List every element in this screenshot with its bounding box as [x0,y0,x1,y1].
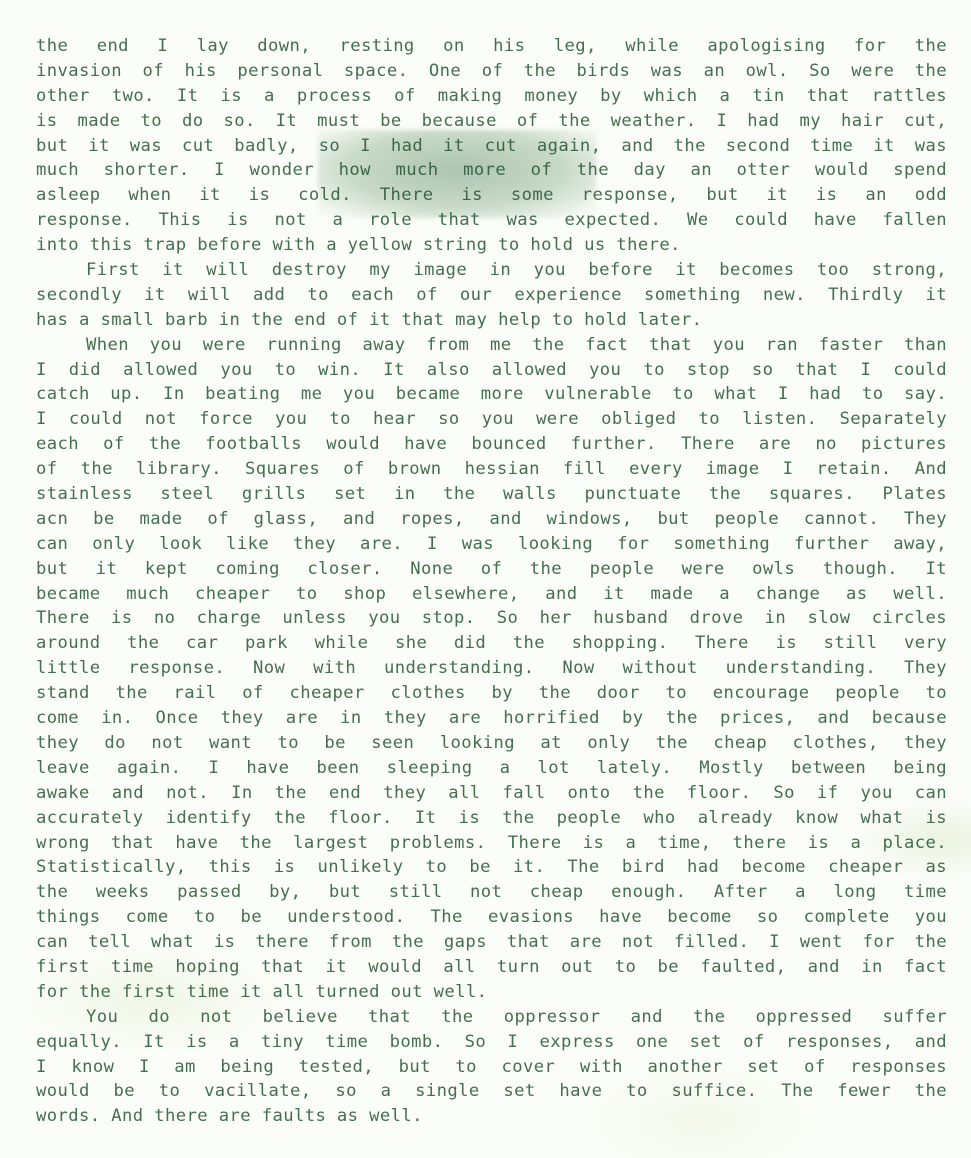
text-line: equally. It is a tiny time bomb. So I ex… [36,1030,947,1055]
text-line: but it kept coming closer. None of the p… [36,557,947,582]
text-line: leave again. I have been sleeping a lot … [36,756,947,781]
paragraph: When you were running away from me the f… [36,333,947,1005]
text-line: into this trap before with a yellow stri… [36,233,947,258]
text-line: wrong that have the largest problems. Th… [36,831,947,856]
text-line: Statistically, this is unlikely to be it… [36,855,947,880]
text-line: acn be made of glass, and ropes, and win… [36,507,947,532]
text-line: words. And there are faults as well. [36,1104,947,1129]
text-line: of the library. Squares of brown hessian… [36,457,947,482]
text-line: little response. Now with understanding.… [36,656,947,681]
typed-page-text: the end I lay down, resting on his leg, … [36,34,947,1129]
text-line: first time hoping that it would all turn… [36,955,947,980]
text-line: When you were running away from me the f… [36,333,947,358]
text-line: You do not believe that the oppressor an… [36,1005,947,1030]
text-line: things come to be understood. The evasio… [36,905,947,930]
text-line: catch up. In beating me you became more … [36,382,947,407]
text-line: became much cheaper to shop elsewhere, a… [36,582,947,607]
text-line: stainless steel grills set in the walls … [36,482,947,507]
text-line: secondly it will add to each of our expe… [36,283,947,308]
text-line: they do not want to be seen looking at o… [36,731,947,756]
text-line: I could not force you to hear so you wer… [36,407,947,432]
text-line: around the car park while she did the sh… [36,631,947,656]
text-line: First it will destroy my image in you be… [36,258,947,283]
text-line: can tell what is there from the gaps tha… [36,930,947,955]
text-line: the end I lay down, resting on his leg, … [36,34,947,59]
text-line: awake and not. In the end they all fall … [36,781,947,806]
text-line: other two. It is a process of making mon… [36,84,947,109]
text-line: can only look like they are. I was looki… [36,532,947,557]
text-line: come in. Once they are in they are horri… [36,706,947,731]
text-line: asleep when it is cold. There is some re… [36,183,947,208]
text-line: would be to vacillate, so a single set h… [36,1079,947,1104]
text-line: but it was cut badly, so I had it cut ag… [36,134,947,159]
text-line: There is no charge unless you stop. So h… [36,606,947,631]
text-line: for the first time it all turned out wel… [36,980,947,1005]
paragraph: First it will destroy my image in you be… [36,258,947,333]
text-line: the weeks passed by, but still not cheap… [36,880,947,905]
paragraph: the end I lay down, resting on his leg, … [36,34,947,258]
text-line: stand the rail of cheaper clothes by the… [36,681,947,706]
text-line: I did allowed you to win. It also allowe… [36,358,947,383]
text-line: I know I am being tested, but to cover w… [36,1055,947,1080]
text-line: is made to do so. It must be because of … [36,109,947,134]
text-line: accurately identify the floor. It is the… [36,806,947,831]
text-line: much shorter. I wonder how much more of … [36,158,947,183]
text-line: response. This is not a role that was ex… [36,208,947,233]
text-line: each of the footballs would have bounced… [36,432,947,457]
paragraph: You do not believe that the oppressor an… [36,1005,947,1129]
text-line: invasion of his personal space. One of t… [36,59,947,84]
text-line: has a small barb in the end of it that m… [36,308,947,333]
